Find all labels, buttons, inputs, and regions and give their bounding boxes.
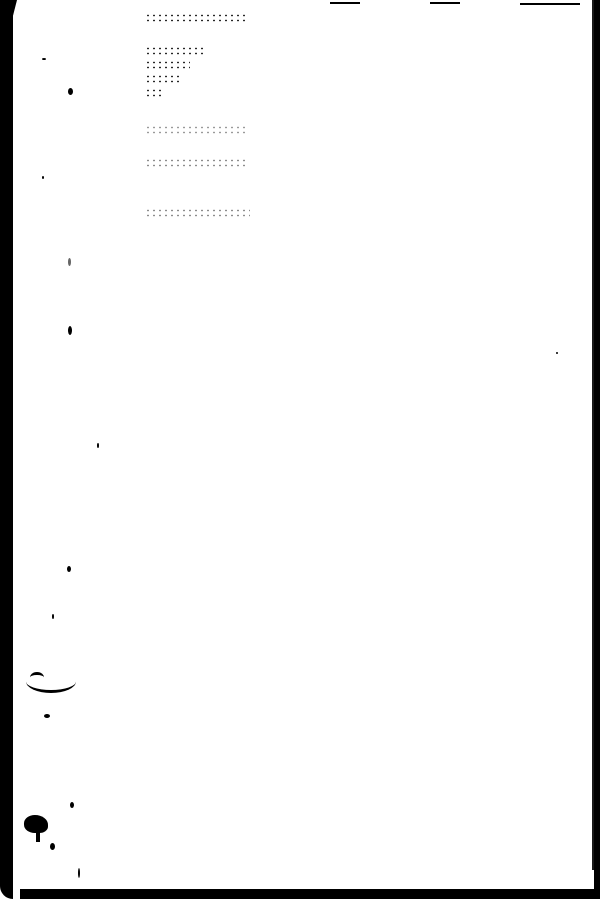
- speck: [68, 88, 73, 95]
- ink-stain: [30, 672, 44, 683]
- page-corner-shadow: [0, 0, 17, 20]
- speck: [67, 566, 71, 572]
- page-right-edge-inner: [592, 0, 595, 870]
- speck: [556, 352, 558, 354]
- speck: [78, 868, 80, 878]
- speck: [97, 443, 99, 448]
- speck: [42, 176, 44, 179]
- page-top-edge-marks: [330, 0, 590, 6]
- speck: [68, 258, 71, 266]
- speck: [42, 58, 46, 60]
- page-left-edge-shadow: [0, 0, 13, 899]
- ink-blot-drip: [36, 828, 40, 842]
- scanned-page: [0, 0, 600, 899]
- speck: [52, 614, 54, 619]
- header-text-block: [145, 8, 255, 223]
- speck: [50, 843, 55, 850]
- speck: [70, 802, 74, 808]
- speck: [68, 326, 72, 335]
- speck: [44, 714, 50, 718]
- page-bottom-edge-shadow: [20, 889, 600, 899]
